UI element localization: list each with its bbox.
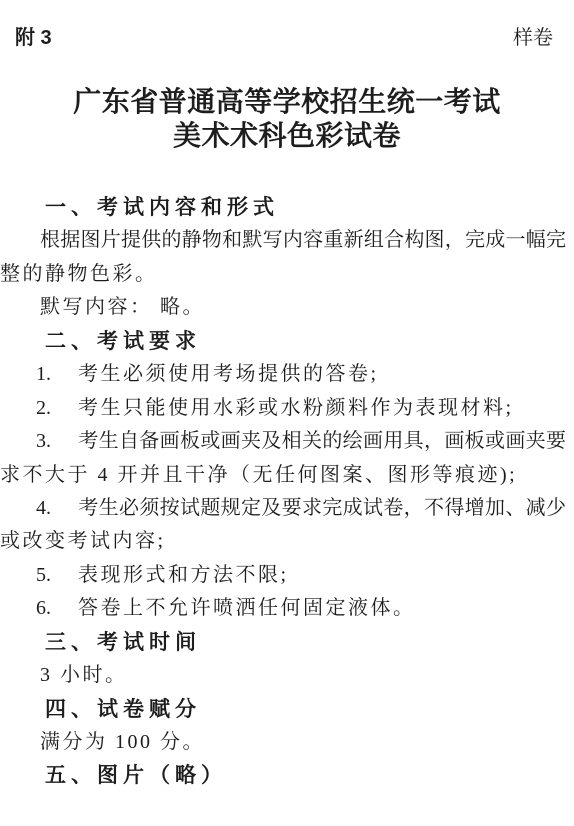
item-text: 表现形式和方法不限; xyxy=(78,564,289,586)
section-heading-3: 三、考试时间 xyxy=(0,626,570,659)
list-item-3: 3.考生自备画板或画夹及相关的绘画用具，画板或画夹要 xyxy=(0,425,570,458)
paragraph-line: 满分为 100 分。 xyxy=(0,726,570,759)
section-heading-1: 一、考试内容和形式 xyxy=(0,191,570,224)
item-text: 答卷上不允许喷洒任何固定液体。 xyxy=(78,597,416,619)
item-number: 1. xyxy=(36,358,78,391)
list-item-3-continuation: 求不大于 4 开并且干净（无任何图案、图形等痕迹); xyxy=(0,459,570,492)
item-number: 3. xyxy=(36,425,78,458)
paragraph-line: 根据图片提供的静物和默写内容重新组合构图，完成一幅完 xyxy=(0,224,570,257)
item-text: 考生自备画板或画夹及相关的绘画用具，画板或画夹要 xyxy=(78,430,566,452)
item-text: 考生必须使用考场提供的答卷; xyxy=(78,363,379,385)
title-line-1: 广东省普通高等学校招生统一考试 xyxy=(0,86,574,120)
paragraph-line: 3 小时。 xyxy=(0,659,570,692)
list-item-4-continuation: 或改变考试内容; xyxy=(0,525,570,558)
item-text: 考生必须按试题规定及要求完成试卷，不得增加、减少 xyxy=(78,497,566,519)
list-item-1: 1.考生必须使用考场提供的答卷; xyxy=(0,358,570,391)
item-text: 考生只能使用水彩或水粉颜料作为表现材料; xyxy=(78,397,514,419)
paragraph-line: 默写内容： 略。 xyxy=(0,291,570,324)
item-number: 4. xyxy=(36,492,78,525)
title-line-2: 美术术科色彩试卷 xyxy=(0,120,574,154)
item-number: 5. xyxy=(36,559,78,592)
document-body: 一、考试内容和形式 根据图片提供的静物和默写内容重新组合构图，完成一幅完 整的静… xyxy=(0,191,570,793)
list-item-4: 4.考生必须按试题规定及要求完成试卷，不得增加、减少 xyxy=(0,492,570,525)
item-number: 2. xyxy=(36,392,78,425)
list-item-2: 2.考生只能使用水彩或水粉颜料作为表现材料; xyxy=(0,392,570,425)
attachment-label: 附 3 xyxy=(15,26,52,50)
section-heading-2: 二、考试要求 xyxy=(0,325,570,358)
list-item-6: 6.答卷上不允许喷洒任何固定液体。 xyxy=(0,592,570,625)
paragraph-line: 整的静物色彩。 xyxy=(0,258,570,291)
section-heading-5: 五、图片（略） xyxy=(0,759,570,792)
document-title: 广东省普通高等学校招生统一考试 美术术科色彩试卷 xyxy=(0,86,574,154)
item-number: 6. xyxy=(36,592,78,625)
page-header: 附 3 样卷 xyxy=(15,26,553,50)
section-heading-4: 四、试卷赋分 xyxy=(0,693,570,726)
sample-label: 样卷 xyxy=(513,26,553,50)
list-item-5: 5.表现形式和方法不限; xyxy=(0,559,570,592)
exam-paper-page: 附 3 样卷 广东省普通高等学校招生统一考试 美术术科色彩试卷 一、考试内容和形… xyxy=(0,0,574,826)
